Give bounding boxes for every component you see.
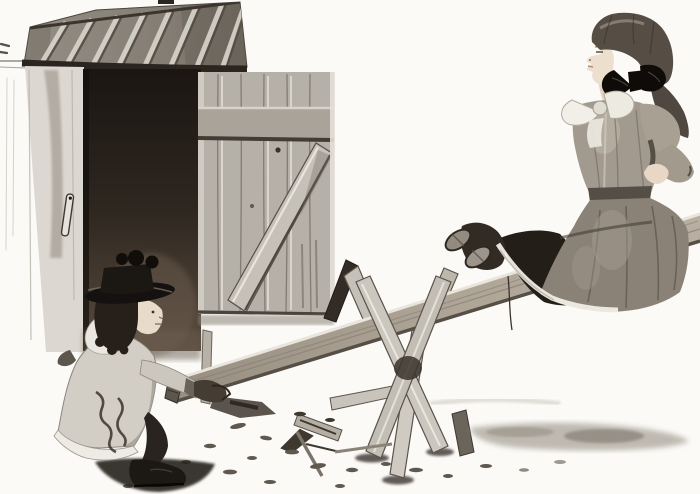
illustration-canvas bbox=[0, 0, 700, 494]
door-batten bbox=[198, 108, 334, 138]
seesaw-illustration bbox=[0, 0, 700, 494]
trestle-joint bbox=[394, 356, 422, 380]
shed-door bbox=[198, 72, 335, 325]
